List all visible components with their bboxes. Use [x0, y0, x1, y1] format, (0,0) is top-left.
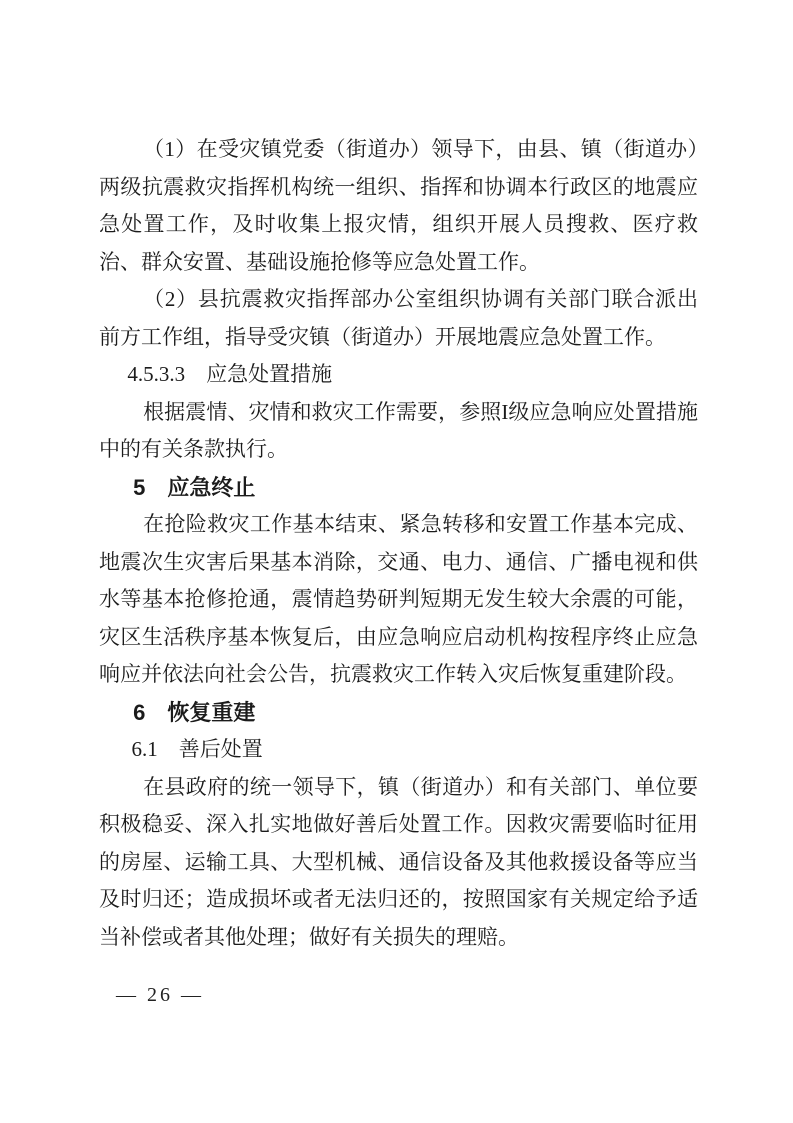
- heading-4-5-3-3-emergency-measures: 4.5.3.3 应急处置措施: [99, 356, 698, 394]
- page-number: — 26 —: [116, 984, 204, 1007]
- paragraph-item-2: （2）县抗震救灾指挥部办公室组织协调有关部门联合派出前方工作组，指导受灾镇（街道…: [99, 281, 698, 356]
- heading-6-recovery-reconstruction: 6 恢复重建: [99, 694, 698, 732]
- paragraph-item-1: （1）在受灾镇党委（街道办）领导下，由县、镇（街道办）两级抗震救灾指挥机构统一组…: [99, 131, 698, 281]
- paragraph-emergency-termination: 在抢险救灾工作基本结束、紧急转移和安置工作基本完成、地震次生灾害后果基本消除，交…: [99, 506, 698, 694]
- paragraph-aftermath-disposal: 在县政府的统一领导下，镇（街道办）和有关部门、单位要积极稳妥、深入扎实地做好善后…: [99, 769, 698, 957]
- paragraph-response-measures: 根据震情、灾情和救灾工作需要，参照I级应急响应处置措施中的有关条款执行。: [99, 394, 698, 469]
- heading-6-1-aftermath-disposal: 6.1 善后处置: [99, 731, 698, 769]
- document-page: （1）在受灾镇党委（街道办）领导下，由县、镇（街道办）两级抗震救灾指挥机构统一组…: [0, 0, 793, 1123]
- document-body: （1）在受灾镇党委（街道办）领导下，由县、镇（街道办）两级抗震救灾指挥机构统一组…: [99, 131, 698, 956]
- heading-5-emergency-termination: 5 应急终止: [99, 469, 698, 507]
